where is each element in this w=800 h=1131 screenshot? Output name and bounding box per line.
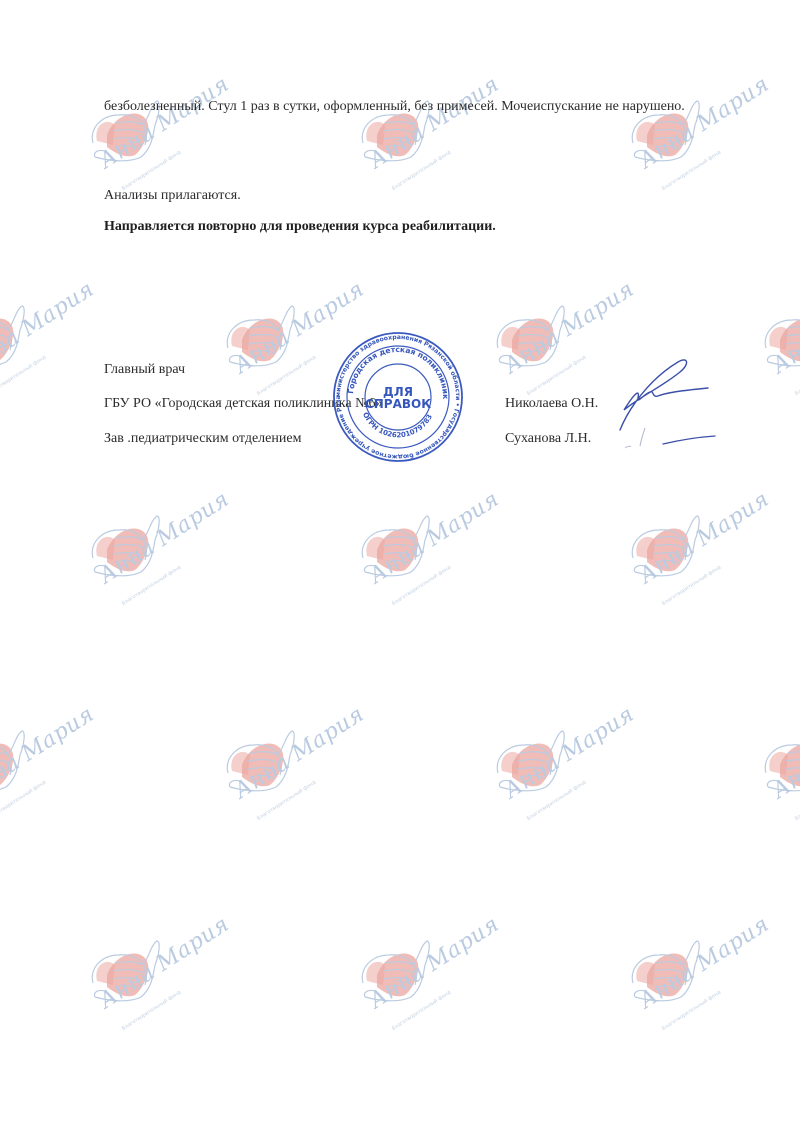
watermark-subtitle: Благотворительный фонд — [391, 989, 452, 1032]
watermark-title: Анна Мария — [635, 72, 774, 174]
official-stamp: министерство здравоохранения Рязанской о… — [331, 330, 465, 464]
chief-signature-icon — [608, 350, 718, 445]
hand-heart-icon — [625, 510, 755, 630]
watermark-logo: Анна МарияБлаготворительный фонд — [0, 300, 80, 420]
exam-paragraph: безболезненный. Стул 1 раз в сутки, офор… — [104, 97, 760, 117]
watermark-title: Анна Мария — [0, 702, 99, 804]
department-head-name: Суханова Л.Н. — [505, 429, 591, 449]
hand-heart-icon — [490, 725, 620, 845]
watermark-title: Анна Мария — [635, 912, 774, 1014]
department-head-signature-icon — [615, 420, 725, 455]
svg-text:ОГРН 1026201079783: ОГРН 1026201079783 — [361, 411, 434, 439]
hand-heart-icon — [85, 935, 215, 1055]
hand-heart-icon — [0, 300, 80, 420]
watermark-logo: Анна МарияБлаготворительный фонд — [355, 510, 485, 630]
watermark-title: Анна Мария — [0, 277, 99, 379]
svg-text:СПРАВОК: СПРАВОК — [365, 397, 431, 411]
watermark-subtitle: Благотворительный фонд — [794, 354, 800, 397]
watermark-title: Анна Мария — [500, 702, 639, 804]
hand-heart-icon — [758, 725, 800, 845]
document-page: Анна МарияБлаготворительный фондАнна Мар… — [0, 0, 800, 1131]
watermark-subtitle: Благотворительный фонд — [794, 779, 800, 822]
watermark-title: Анна Мария — [95, 72, 234, 174]
watermark-subtitle: Благотворительный фонд — [661, 149, 722, 192]
referral-directive: Направляется повторно для проведения кур… — [104, 217, 496, 237]
watermark-subtitle: Благотворительный фонд — [661, 564, 722, 607]
watermark-subtitle: Благотворительный фонд — [0, 354, 47, 397]
hand-heart-icon — [355, 935, 485, 1055]
watermark-logo: Анна МарияБлаготворительный фонд — [490, 725, 620, 845]
watermark-subtitle: Благотворительный фонд — [391, 564, 452, 607]
hand-heart-icon — [0, 725, 80, 845]
watermark-logo: Анна МарияБлаготворительный фонд — [625, 935, 755, 1055]
watermark-title: Анна Мария — [768, 702, 800, 804]
chief-doctor-name: Николаева О.Н. — [505, 394, 598, 414]
watermark-title: Анна Мария — [768, 277, 800, 379]
watermark-title: Анна Мария — [365, 487, 504, 589]
watermark-title: Анна Мария — [635, 487, 774, 589]
watermark-logo: Анна МарияБлаготворительный фонд — [85, 935, 215, 1055]
watermark-logo: Анна МарияБлаготворительный фонд — [0, 725, 80, 845]
watermark-subtitle: Благотворительный фонд — [526, 779, 587, 822]
watermark-subtitle: Благотворительный фонд — [121, 564, 182, 607]
hand-heart-icon — [220, 725, 350, 845]
watermark-title: Анна Мария — [95, 912, 234, 1014]
chief-doctor-title: Главный врач — [104, 360, 185, 380]
watermark-title: Анна Мария — [95, 487, 234, 589]
watermark-subtitle: Благотворительный фонд — [661, 989, 722, 1032]
watermark-title: Анна Мария — [365, 912, 504, 1014]
watermark-subtitle: Благотворительный фонд — [391, 149, 452, 192]
stamp-seal-icon: министерство здравоохранения Рязанской о… — [331, 330, 465, 464]
watermark-subtitle: Благотворительный фонд — [256, 779, 317, 822]
hand-heart-icon — [625, 935, 755, 1055]
department-head-title: Зав .педиатрическим отделением — [104, 429, 301, 449]
hand-heart-icon — [758, 300, 800, 420]
watermark-logo: Анна МарияБлаготворительный фонд — [220, 725, 350, 845]
watermark-title: Анна Мария — [365, 72, 504, 174]
watermark-logo: Анна МарияБлаготворительный фонд — [85, 510, 215, 630]
watermark-logo: Анна МарияБлаготворительный фонд — [758, 300, 800, 420]
hand-heart-icon — [85, 510, 215, 630]
watermark-logo: Анна МарияБлаготворительный фонд — [625, 510, 755, 630]
hand-heart-icon — [355, 510, 485, 630]
watermark-title: Анна Мария — [500, 277, 639, 379]
watermark-subtitle: Благотворительный фонд — [121, 989, 182, 1032]
watermark-subtitle: Благотворительный фонд — [0, 779, 47, 822]
watermark-title: Анна Мария — [230, 702, 369, 804]
analyses-note: Анализы прилагаются. — [104, 186, 241, 206]
watermark-subtitle: Благотворительный фонд — [256, 354, 317, 397]
watermark-logo: Анна МарияБлаготворительный фонд — [355, 935, 485, 1055]
watermark-subtitle: Благотворительный фонд — [526, 354, 587, 397]
watermark-logo: Анна МарияБлаготворительный фонд — [758, 725, 800, 845]
